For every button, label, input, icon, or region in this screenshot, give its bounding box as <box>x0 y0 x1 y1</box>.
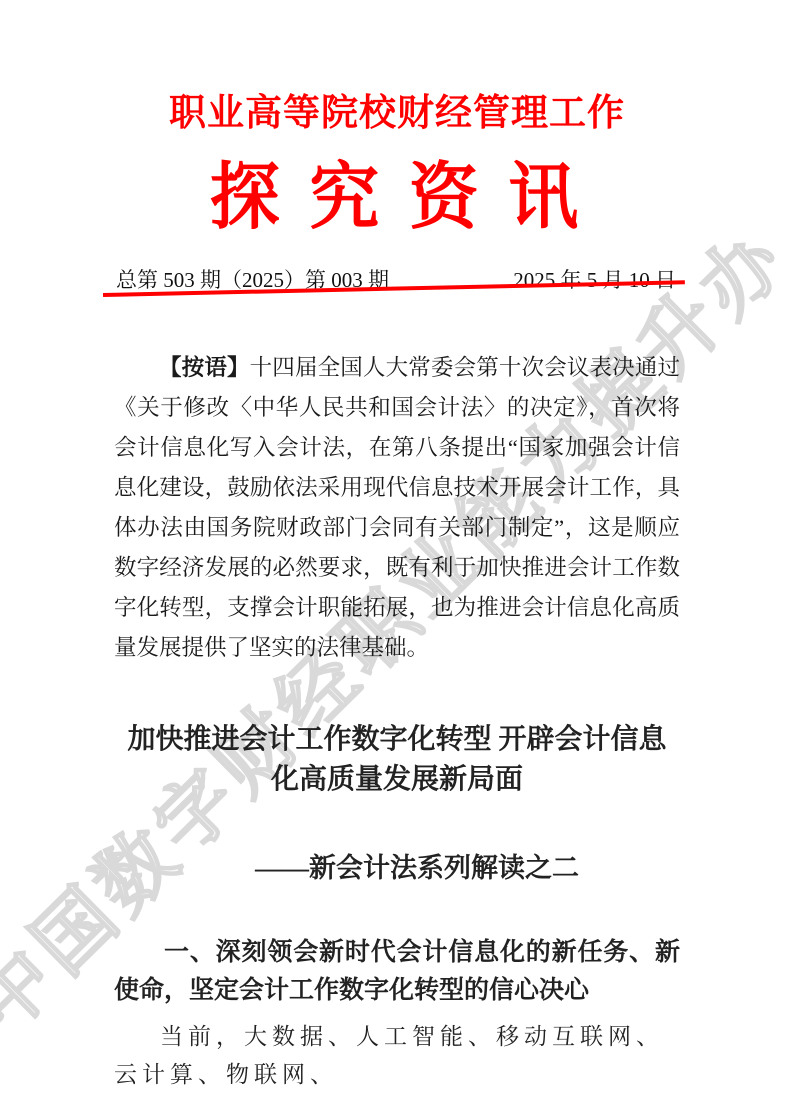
article-title-line1: 加快推进会计工作数字化转型 开辟会计信息 <box>90 720 704 760</box>
section-1-paragraph: 当前，大数据、人工智能、移动互联网、云计算、物联网、 <box>114 1018 680 1094</box>
article-title-line2: 化高质量发展新局面 <box>90 760 704 800</box>
editor-note-label: 【按语】 <box>159 355 250 380</box>
article-title: 加快推进会计工作数字化转型 开辟会计信息 化高质量发展新局面 <box>90 720 704 800</box>
masthead-title: 探 究 资 讯 <box>0 155 794 242</box>
editor-note-paragraph: 【按语】十四届全国人大常委会第十次会议表决通过《关于修改〈中华人民共和国会计法〉… <box>114 348 680 668</box>
document-page: 中国数字财经职业能力提升办 职业高等院校财经管理工作 探 究 资 讯 总第 50… <box>0 0 794 1108</box>
article-subtitle: ——新会计法系列解读之二 <box>0 850 794 886</box>
section-1-heading: 一、深刻领会新时代会计信息化的新任务、新使命，坚定会计工作数字化转型的信心决心 <box>114 934 680 1010</box>
page-content: 职业高等院校财经管理工作 探 究 资 讯 总第 503 期（2025）第 003… <box>0 0 794 1094</box>
editor-note-body: 十四届全国人大常委会第十次会议表决通过《关于修改〈中华人民共和国会计法〉的决定》… <box>114 355 680 660</box>
masthead-supertitle: 职业高等院校财经管理工作 <box>0 0 794 131</box>
